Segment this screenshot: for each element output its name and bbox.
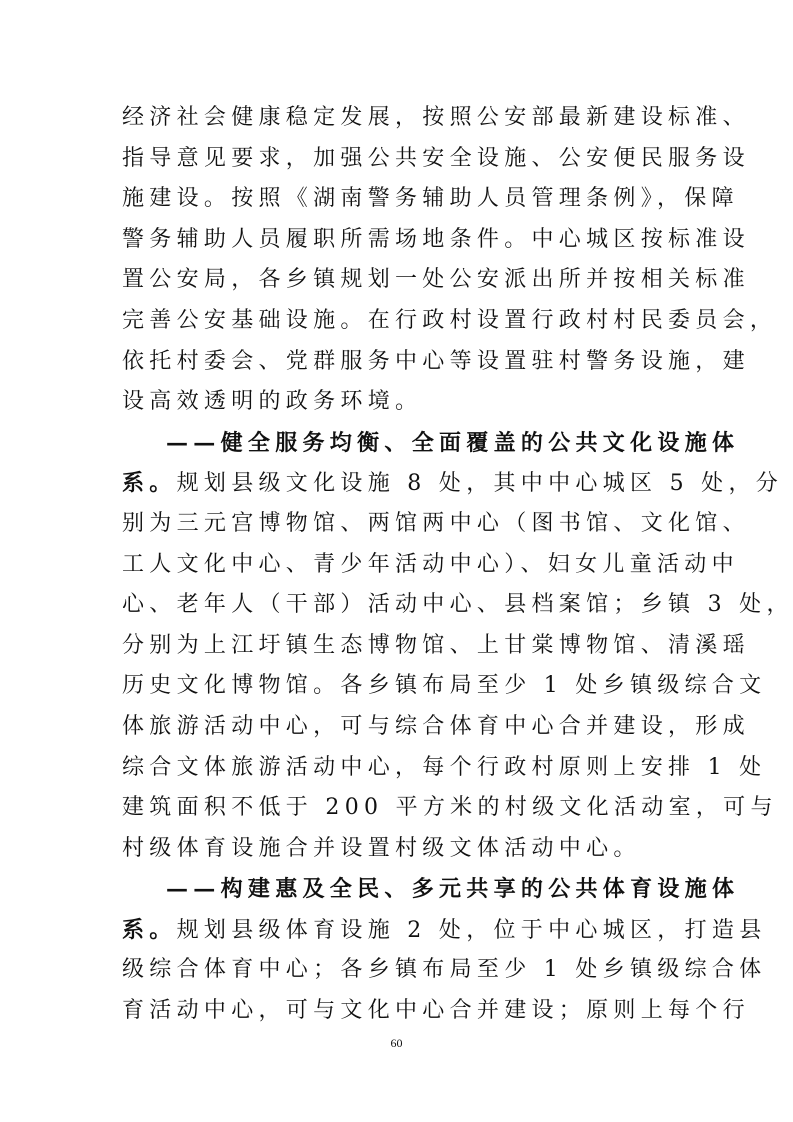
body-line: 分别为上江圩镇生态博物馆、上甘棠博物馆、清溪瑶 <box>122 626 678 667</box>
culture-section-heading: ——健全服务均衡、全面覆盖的公共文化设施体 <box>122 423 678 464</box>
body-line: 级综合体育中心；各乡镇布局至少 1 处乡镇级综合体 <box>122 950 678 991</box>
sports-body-start: 规划县级体育设施 2 处，位于中心城区，打造县 <box>177 918 767 943</box>
body-line: 历史文化博物馆。各乡镇布局至少 1 处乡镇级综合文 <box>122 666 678 707</box>
culture-section-line: 系。规划县级文化设施 8 处，其中中心城区 5 处，分 <box>122 463 678 504</box>
body-line: 警务辅助人员履职所需场地条件。中心城区按标准设 <box>122 220 678 261</box>
culture-heading-tail: 系。 <box>122 470 177 496</box>
body-line: 经济社会健康稳定发展，按照公安部最新建设标准、 <box>122 98 678 139</box>
sports-section-heading: ——构建惠及全民、多元共享的公共体育设施体 <box>122 869 678 910</box>
body-line: 心、老年人（干部）活动中心、县档案馆；乡镇 3 处， <box>122 585 678 626</box>
body-line: 指导意见要求，加强公共安全设施、公安便民服务设 <box>122 139 678 180</box>
document-page: 经济社会健康稳定发展，按照公安部最新建设标准、 指导意见要求，加强公共安全设施、… <box>122 98 678 1032</box>
body-line: 综合文体旅游活动中心，每个行政村原则上安排 1 处 <box>122 748 678 789</box>
body-line: 体旅游活动中心，可与综合体育中心合并建设，形成 <box>122 707 678 748</box>
culture-body-start: 规划县级文化设施 8 处，其中中心城区 5 处，分 <box>177 471 783 496</box>
body-line: 依托村委会、党群服务中心等设置驻村警务设施，建 <box>122 342 678 383</box>
body-line: 工人文化中心、青少年活动中心）、妇女儿童活动中 <box>122 545 678 586</box>
body-line: 建筑面积不低于 200 平方米的村级文化活动室，可与 <box>122 788 678 829</box>
body-line: 村级体育设施合并设置村级文体活动中心。 <box>122 829 678 870</box>
sports-section-line: 系。规划县级体育设施 2 处，位于中心城区，打造县 <box>122 910 678 951</box>
body-line: 设高效透明的政务环境。 <box>122 382 678 423</box>
body-line: 育活动中心，可与文化中心合并建设；原则上每个行 <box>122 991 678 1032</box>
body-line: 别为三元宫博物馆、两馆两中心（图书馆、文化馆、 <box>122 504 678 545</box>
page-number: 60 <box>0 1036 793 1051</box>
body-line: 置公安局，各乡镇规划一处公安派出所并按相关标准 <box>122 260 678 301</box>
body-line: 完善公安基础设施。在行政村设置行政村村民委员会， <box>122 301 678 342</box>
sports-heading-tail: 系。 <box>122 917 177 943</box>
body-line: 施建设。按照《湖南警务辅助人员管理条例》，保障 <box>122 179 678 220</box>
